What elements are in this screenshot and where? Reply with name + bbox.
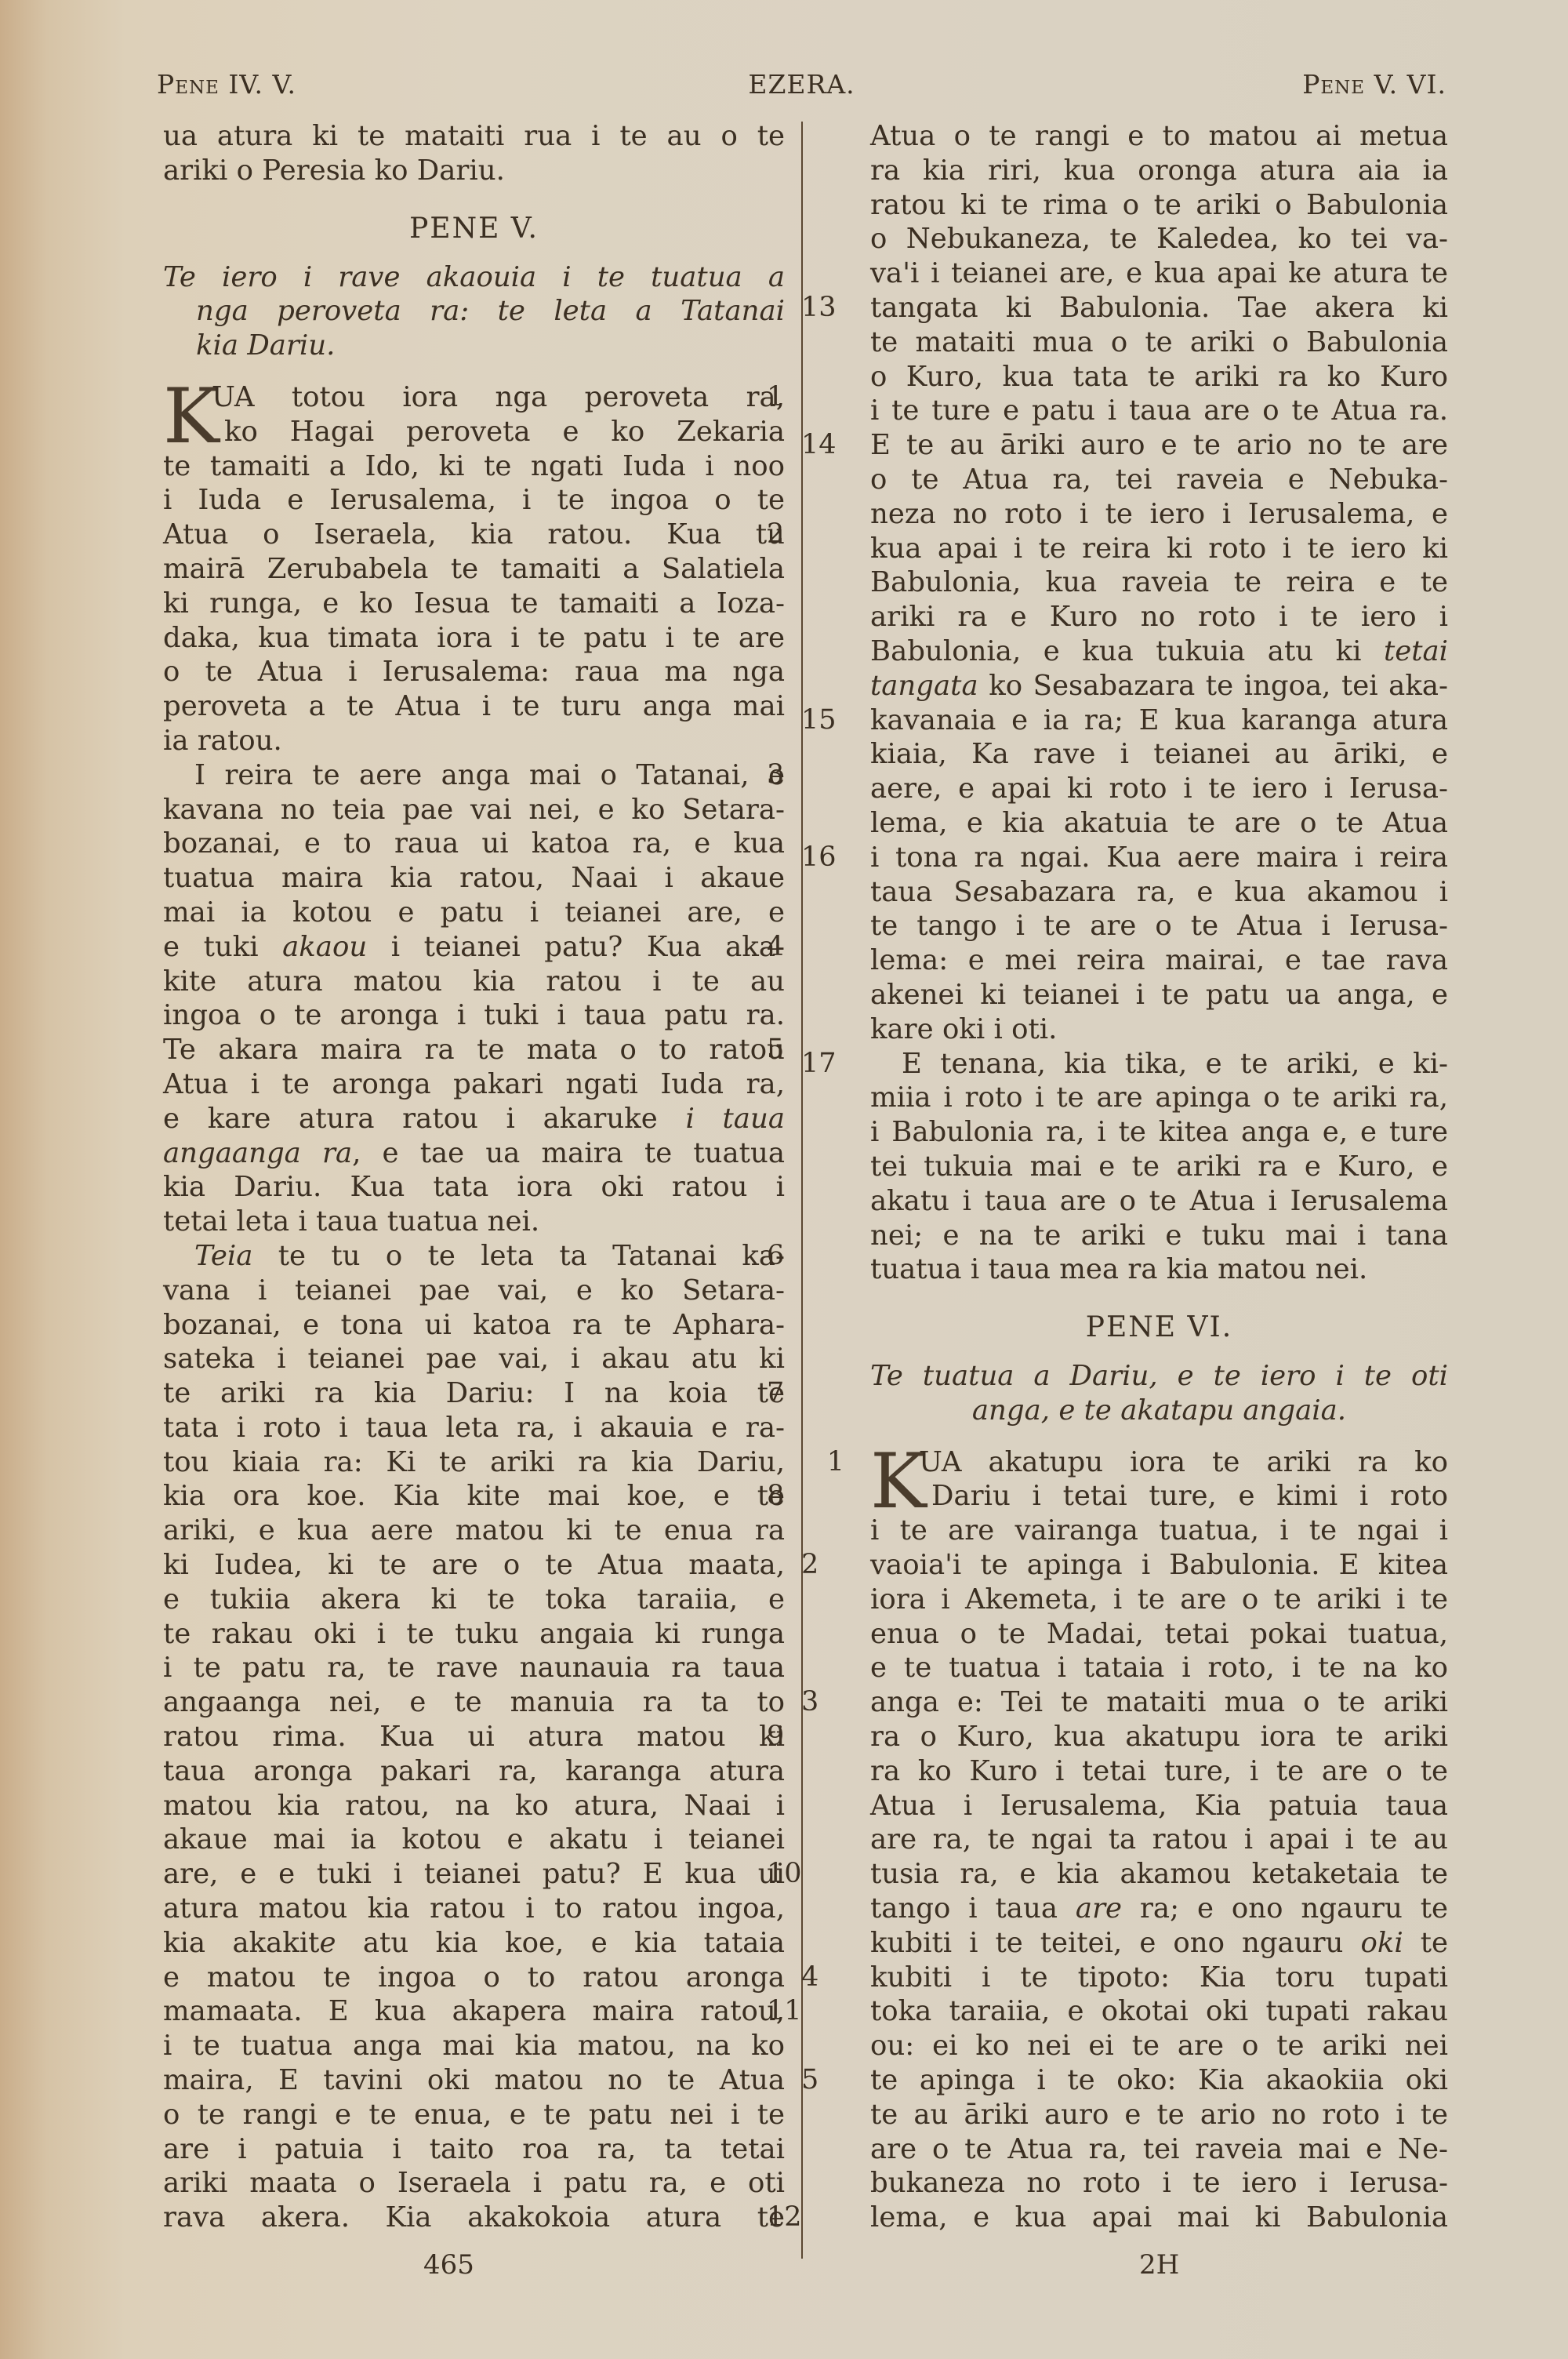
line-text: ia ratou.	[163, 725, 282, 757]
text-line: E tenana, kia tika, e te ariki, e ki-17	[870, 1047, 1448, 1081]
line-text: vana i teianei pae vai, e ko Setara-	[163, 1274, 785, 1307]
line-text: o te Atua i Ierusalema: raua ma nga	[163, 656, 785, 688]
line-text: i tona ra ngai. Kua aere maira i reira	[870, 841, 1448, 874]
line-text: miia i roto i te are apinga o te ariki r…	[870, 1081, 1448, 1114]
line-text: UA totou iora nga peroveta ra,	[212, 381, 785, 413]
text-line: lema, e kua apai mai ki Babulonia	[870, 2201, 1448, 2235]
line-text: kubiti i te teitei, e ono ngauru oki te	[870, 1927, 1448, 1959]
verse-number: 1	[767, 380, 798, 415]
line-text: Atua o Iseraela, kia ratou. Kua tu	[163, 518, 785, 551]
text-line: miia i roto i te are apinga o te ariki r…	[870, 1081, 1448, 1115]
line-text: e tukiia akera ki te toka taraiia, e	[163, 1583, 785, 1616]
verse-number: 5	[767, 1033, 798, 1067]
line-text: UA akatupu iora te ariki ra ko	[919, 1446, 1448, 1478]
chapter-summary: Te iero i rave akaouia i te tuatua a nga…	[163, 260, 785, 363]
line-text: o te rangi e te enua, e te patu nei i te	[163, 2099, 785, 2131]
verse-number: 17	[801, 1047, 844, 1081]
text-line: E te au āriki auro e te ario no te are14	[870, 428, 1448, 463]
text-line: o te Atua ra, tei raveia e Nebuka-	[870, 463, 1448, 497]
line-text: iora i Akemeta, i te are o te ariki i te	[870, 1583, 1448, 1616]
line-text: are ra, te ngai ta ratou i apai i te au	[870, 1823, 1448, 1856]
verse-number: 4	[801, 1961, 844, 1995]
line-text: E te au āriki auro e te ario no te are	[870, 429, 1448, 461]
line-text: ingoa o te aronga i tuki i taua patu ra.	[163, 999, 785, 1031]
text-line: tangata ko Sesabazara te ingoa, tei aka-	[870, 669, 1448, 703]
summary-line: Te tuatua a Dariu, e te iero i te oti	[870, 1359, 1448, 1394]
line-text: te tamaiti a Ido, ki te ngati Iuda i noo	[163, 450, 785, 482]
text-line: kia akakite atu kia koe, e kia tataia	[163, 1926, 785, 1961]
line-text: Dariu i tetai ture, e kimi i roto	[931, 1480, 1448, 1512]
text-line: te mataiti mua o te ariki o Babulonia	[870, 325, 1448, 360]
text-line: ingoa o te aronga i tuki i taua patu ra.	[163, 998, 785, 1033]
line-text: vaoia'i te apinga i Babulonia. E kitea	[870, 1549, 1448, 1581]
text-line: Babulonia, kua raveia te reira e te	[870, 565, 1448, 600]
verse-number: 11	[767, 1994, 798, 2029]
line-text: lema: e mei reira mairai, e tae rava	[870, 944, 1448, 976]
line-text: kare oki i oti.	[870, 1013, 1057, 1045]
line-text: matou kia ratou, na ko atura, Naai i	[163, 1790, 785, 1822]
text-line: iora i Akemeta, i te are o te ariki i te	[870, 1583, 1448, 1617]
line-text: ou: ei ko nei ei te are o te ariki nei	[870, 2030, 1448, 2062]
line-text: akenei ki teianei i te patu ua anga, e	[870, 979, 1448, 1011]
line-text: va'i i teianei are, e kua apai ke atura …	[870, 257, 1448, 289]
line-text: lema, e kia akatuia te are o te Atua	[870, 807, 1448, 839]
text-line: matou kia ratou, na ko atura, Naai i	[163, 1789, 785, 1823]
verse-number: 16	[801, 841, 844, 875]
verse-number: 15	[801, 703, 844, 738]
text-line: kubiti i te teitei, e ono ngauru oki te	[870, 1926, 1448, 1961]
text-line: o te Atua i Ierusalema: raua ma nga	[163, 655, 785, 689]
left-column: ua atura ki te mataiti rua i te au o te …	[163, 119, 785, 2235]
line-text: tuatua i taua mea ra kia matou nei.	[870, 1253, 1367, 1285]
line-text: ki Iudea, ki te are o te Atua maata,	[163, 1549, 785, 1581]
running-head-book-title: EZERA.	[157, 69, 1446, 100]
text-line: akenei ki teianei i te patu ua anga, e	[870, 978, 1448, 1012]
text-line: ou: ei ko nei ei te are o te ariki nei	[870, 2029, 1448, 2063]
text-line: te tamaiti a Ido, ki te ngati Iuda i noo	[163, 449, 785, 484]
text-line: te apinga i te oko: Kia akaokiia oki5	[870, 2063, 1448, 2098]
summary-line: Te iero i rave akaouia i te tuatua a	[163, 260, 785, 295]
line-text: Te akara maira ra te mata o to ratou	[163, 1034, 785, 1066]
text-line: sateka i teianei pae vai, i akau atu ki	[163, 1342, 785, 1376]
verse-number: 1	[801, 1445, 844, 1480]
line-text: kua apai i te reira ki roto i te iero ki	[870, 533, 1448, 565]
text-line: are o te Atua ra, tei raveia mai e Ne-	[870, 2132, 1448, 2167]
line-text: peroveta a te Atua i te turu anga mai	[163, 690, 785, 722]
line-text: i te ture e patu i taua are o te Atua ra…	[870, 394, 1448, 427]
line-text: kiaia, Ka rave i teianei au āriki, e	[870, 738, 1448, 770]
text-line: are ra, te ngai ta ratou i apai i te au	[870, 1823, 1448, 1857]
text-line: bozanai, e tona ui katoa ra te Aphara-	[163, 1308, 785, 1343]
line-text: kite atura matou kia ratou i te au	[163, 965, 785, 998]
text-line: tuatua maira kia ratou, Naai i akaue	[163, 861, 785, 896]
line-text: ra ko Kuro i tetai ture, i te are o te	[870, 1755, 1448, 1787]
verse-number: 4	[767, 930, 798, 965]
text-line: ariki, e kua aere matou ki te enua ra	[163, 1514, 785, 1548]
text-line: Atua i Ierusalema, Kia patuia taua	[870, 1789, 1448, 1823]
text-line: bozanai, e to raua ui katoa ra, e kua	[163, 827, 785, 861]
text-line: kia Dariu. Kua tata iora oki ratou i	[163, 1170, 785, 1205]
text-line: kubiti i te tipoto: Kia toru tupati4	[870, 1961, 1448, 1995]
text-line: Teia te tu o te leta ta Tatanai ka-6	[163, 1239, 785, 1274]
text-line: vana i teianei pae vai, e ko Setara-	[163, 1274, 785, 1308]
verse-number: 7	[767, 1376, 798, 1411]
line-text: te ariki ra kia Dariu: I na koia te	[163, 1377, 785, 1409]
line-text: are, e e tuki i teianei patu? E kua ui	[163, 1858, 785, 1890]
text-line: toka taraiia, e okotai oki tupati rakau	[870, 1994, 1448, 2029]
text-line: tata i roto i taua leta ra, i akauia e r…	[163, 1411, 785, 1445]
running-head-right: Pene V. VI.	[1302, 69, 1446, 100]
line-text: Babulonia, kua raveia te reira e te	[870, 566, 1448, 598]
chapter-body-continued: Atua o te rangi e to matou ai metuara ki…	[870, 119, 1448, 1287]
italic-word: e	[319, 1927, 336, 1959]
italic-word: are	[1076, 1892, 1122, 1925]
line-text: I reira te aere anga mai o Tatanai, e	[194, 759, 785, 791]
text-line: ra o Kuro, kua akatupu iora te ariki	[870, 1720, 1448, 1754]
text-line: ra ko Kuro i tetai ture, i te are o te	[870, 1754, 1448, 1789]
text-line: ki Iudea, ki te are o te Atua maata,	[163, 1548, 785, 1583]
text-line: mai ia kotou e patu i teianei are, e	[163, 896, 785, 930]
text-line: kare oki i oti.	[870, 1012, 1448, 1047]
line-text: rava akera. Kia akakokoia atura te	[163, 2201, 785, 2234]
text-line: mairā Zerubabela te tamaiti a Salatiela	[163, 552, 785, 587]
text-line: o Nebukaneza, te Kaledea, ko tei va-	[870, 222, 1448, 256]
line-text: ra o Kuro, kua akatupu iora te ariki	[870, 1721, 1448, 1753]
text-line: kavana no teia pae vai nei, e ko Setara-	[163, 793, 785, 827]
text-line: angaanga nei, e te manuia ra ta to	[163, 1685, 785, 1720]
text-line: Babulonia, e kua tukuia atu ki tetai	[870, 634, 1448, 669]
line-text: toka taraiia, e okotai oki tupati rakau	[870, 1995, 1448, 2027]
line-text: kia Dariu. Kua tata iora oki ratou i	[163, 1171, 785, 1203]
verse-number: 2	[801, 1548, 844, 1583]
chapter-title: PENE VI.	[870, 1296, 1448, 1359]
line-text: bukaneza no roto i te iero i Ierusa-	[870, 2167, 1448, 2199]
line-text: i Iuda e Ierusalema, i te ingoa o te	[163, 484, 785, 516]
text-line: taua Sesabazara ra, e kua akamou i	[870, 875, 1448, 910]
text-line: tou kiaia ra: Ki te ariki ra kia Dariu,	[163, 1445, 785, 1480]
chapter-body: K UA totou iora nga peroveta ra,1ko Haga…	[163, 380, 785, 2235]
line-text: o te Atua ra, tei raveia e Nebuka-	[870, 463, 1448, 496]
line-text: daka, kua timata iora i te patu i te are	[163, 622, 785, 654]
line-text: nei; e na te ariki e tuku mai i tana	[870, 1219, 1448, 1252]
running-head: Pene IV. V. EZERA. Pene V. VI.	[157, 69, 1446, 108]
line-text: aere, e apai ki roto i te iero i Ierusa-	[870, 772, 1448, 805]
text-line: lema: e mei reira mairai, e tae rava	[870, 943, 1448, 978]
text-line: akatu i taua are o te Atua i Ierusalema	[870, 1184, 1448, 1219]
text-line: vaoia'i te apinga i Babulonia. E kitea2	[870, 1548, 1448, 1583]
line-text: ratou rima. Kua ui atura matou ki	[163, 1721, 785, 1753]
text-line: va'i i teianei are, e kua apai ke atura …	[870, 256, 1448, 291]
verse-number: 14	[801, 428, 844, 463]
line-text: o Nebukaneza, te Kaledea, ko tei va-	[870, 223, 1448, 255]
text-line: ariki o Peresia ko Dariu.	[163, 154, 785, 188]
text-line: UA akatupu iora te ariki ra ko	[870, 1445, 1448, 1480]
line-text: te au āriki auro e te ario no roto i te	[870, 2099, 1448, 2131]
text-line: tuatua i taua mea ra kia matou nei.	[870, 1252, 1448, 1287]
text-line: atura matou kia ratou i to ratou ingoa,	[163, 1892, 785, 1926]
text-line: tangata ki Babulonia. Tae akera ki13	[870, 291, 1448, 325]
summary-line: anga, e te akatapu angaia.	[870, 1394, 1448, 1428]
line-text: are i patuia i taito roa ra, ta tetai	[163, 2133, 785, 2165]
text-line: te rakau oki i te tuku angaia ki runga	[163, 1617, 785, 1652]
text-line: o te rangi e te enua, e te patu nei i te	[163, 2098, 785, 2132]
text-line: e tukiia akera ki te toka taraiia, e	[163, 1583, 785, 1617]
chapter-body: K 1 UA akatupu iora te ariki ra koDariu …	[870, 1445, 1448, 2235]
text-line: ratou rima. Kua ui atura matou ki9	[163, 1720, 785, 1754]
line-text: kubiti i te tipoto: Kia toru tupati	[870, 1961, 1448, 1994]
text-line: ariki ra e Kuro no roto i te iero i	[870, 600, 1448, 634]
text-line: are i patuia i taito roa ra, ta tetai	[163, 2132, 785, 2167]
line-text: lema, e kua apai mai ki Babulonia	[870, 2201, 1448, 2234]
verse-number: 8	[767, 1479, 798, 1514]
line-text: bozanai, e tona ui katoa ra te Aphara-	[163, 1309, 785, 1341]
line-text: anga e: Tei te mataiti mua o te ariki	[870, 1686, 1448, 1718]
text-line: ko Hagai peroveta e ko Zekaria	[163, 415, 785, 449]
line-text: ariki ra e Kuro no roto i te iero i	[870, 601, 1448, 633]
line-text: i te are vairanga tuatua, i te ngai i	[870, 1514, 1448, 1547]
line-text: i te tuatua anga mai kia matou, na ko	[163, 2030, 785, 2062]
verse-number: 12	[767, 2201, 798, 2235]
line-text: tetai leta i taua tuatua nei.	[163, 1205, 539, 1238]
italic-word: oki	[1360, 1927, 1403, 1959]
line-text: i te patu ra, te rave naunauia ra taua	[163, 1652, 785, 1684]
line-text: kia ora koe. Kia kite mai koe, e te	[163, 1480, 785, 1512]
text-line: kia ora koe. Kia kite mai koe, e te8	[163, 1479, 785, 1514]
text-line: kiaia, Ka rave i teianei au āriki, e	[870, 737, 1448, 772]
line-text: e matou te ingoa o to ratou aronga	[163, 1961, 785, 1994]
text-line: tango i taua are ra; e ono ngauru te	[870, 1892, 1448, 1926]
text-line: ua atura ki te mataiti rua i te au o te	[163, 119, 785, 154]
line-text: enua o te Madai, tetai pokai tuatua,	[870, 1618, 1448, 1650]
text-line: mamaata. E kua akapera maira ratou,11	[163, 1994, 785, 2029]
text-line: anga e: Tei te mataiti mua o te ariki3	[870, 1685, 1448, 1720]
line-text: mai ia kotou e patu i teianei are, e	[163, 896, 785, 929]
line-text: ratou ki te rima o te ariki o Babulonia	[870, 189, 1448, 221]
line-text: tangata ko Sesabazara te ingoa, tei aka-	[870, 670, 1448, 702]
text-line: I reira te aere anga mai o Tatanai, e3	[163, 758, 785, 793]
line-text: akaue mai ia kotou e akatu i teianei	[163, 1823, 785, 1856]
text-line: e te tuatua i tataia i roto, i te na ko	[870, 1651, 1448, 1685]
italic-word: i taua	[685, 1103, 785, 1135]
text-line: UA totou iora nga peroveta ra,1	[163, 380, 785, 415]
verse-number: 13	[801, 291, 844, 325]
text-line: o Kuro, kua tata te ariki ra ko Kuro	[870, 360, 1448, 394]
line-text: Atua o te rangi e to matou ai metua	[870, 120, 1448, 152]
summary-line: nga peroveta ra: te leta a Tatanai	[163, 294, 785, 329]
line-text: neza no roto i te iero i Ierusalema, e	[870, 498, 1448, 530]
text-line: lema, e kia akatuia te are o te Atua	[870, 806, 1448, 841]
line-text: tango i taua are ra; e ono ngauru te	[870, 1892, 1448, 1925]
text-line: kite atura matou kia ratou i te au	[163, 965, 785, 999]
text-line: Atua i te aronga pakari ngati Iuda ra,	[163, 1067, 785, 1102]
text-line: ki runga, e ko Iesua te tamaiti a Ioza-	[163, 587, 785, 621]
text-line: kavanaia e ia ra; E kua karanga atura15	[870, 703, 1448, 738]
text-line: e kare atura ratou i akaruke i taua	[163, 1102, 785, 1136]
text-line: enua o te Madai, tetai pokai tuatua,	[870, 1617, 1448, 1652]
text-line: aere, e apai ki roto i te iero i Ierusa-	[870, 772, 1448, 806]
line-text: atura matou kia ratou i to ratou ingoa,	[163, 1892, 785, 1925]
line-text: te mataiti mua o te ariki o Babulonia	[870, 326, 1448, 358]
line-text: i Babulonia ra, i te kitea anga e, e tur…	[870, 1116, 1448, 1148]
text-line: e matou te ingoa o to ratou aronga	[163, 1961, 785, 1995]
text-line: i te tuatua anga mai kia matou, na ko	[163, 2029, 785, 2063]
line-text: ra kia riri, kua oronga atura aia ia	[870, 154, 1448, 187]
chapter-summary: Te tuatua a Dariu, e te iero i te oti an…	[870, 1359, 1448, 1428]
line-text: tangata ki Babulonia. Tae akera ki	[870, 292, 1448, 324]
text-line: tusia ra, e kia akamou ketaketaia te	[870, 1857, 1448, 1892]
page-number: 465	[423, 2249, 474, 2281]
line-text: ariki, e kua aere matou ki te enua ra	[163, 1514, 785, 1547]
verse-number: 3	[767, 758, 798, 793]
text-line: Dariu i tetai ture, e kimi i roto	[870, 1479, 1448, 1514]
summary-line: kia Dariu.	[163, 329, 785, 363]
verse-number: 9	[767, 1720, 798, 1754]
line-text: ko Hagai peroveta e ko Zekaria	[224, 416, 785, 448]
italic-word: e	[973, 876, 989, 908]
text-line: neza no roto i te iero i Ierusalema, e	[870, 497, 1448, 532]
text-line: i te ture e patu i taua are o te Atua ra…	[870, 394, 1448, 428]
verse-number: 5	[801, 2063, 844, 2098]
text-line: te au āriki auro e te ario no roto i te	[870, 2098, 1448, 2132]
line-text: angaanga nei, e te manuia ra ta to	[163, 1686, 785, 1718]
verse-number: 6	[767, 1239, 798, 1274]
text-line: i te patu ra, te rave naunauia ra taua	[163, 1651, 785, 1685]
chapter-title: PENE V.	[163, 198, 785, 260]
italic-word: tangata	[870, 670, 978, 702]
line-text: bozanai, e to raua ui katoa ra, e kua	[163, 827, 785, 860]
text-line: tetai leta i taua tuatua nei.	[163, 1205, 785, 1239]
italic-word: Teia	[194, 1240, 252, 1272]
line-text: tei tukuia mai e te ariki ra e Kuro, e	[870, 1150, 1448, 1183]
line-text: kia akakite atu kia koe, e kia tataia	[163, 1927, 785, 1959]
line-text: tuatua maira kia ratou, Naai i akaue	[163, 862, 785, 894]
book-page: Pene IV. V. EZERA. Pene V. VI. ua atura …	[0, 0, 1568, 2359]
text-line: ra kia riri, kua oronga atura aia ia	[870, 154, 1448, 188]
line-text: Atua i Ierusalema, Kia patuia taua	[870, 1790, 1448, 1822]
text-line: maira, E tavini oki matou no te Atua	[163, 2063, 785, 2098]
italic-word: tetai	[1384, 635, 1448, 667]
text-line: are, e e tuki i teianei patu? E kua ui10	[163, 1857, 785, 1892]
line-text: kavana no teia pae vai nei, e ko Setara-	[163, 794, 785, 826]
line-text: e te tuatua i tataia i roto, i te na ko	[870, 1652, 1448, 1684]
line-text: Atua i te aronga pakari ngati Iuda ra,	[163, 1068, 785, 1100]
line-text: maira, E tavini oki matou no te Atua	[163, 2064, 785, 2096]
verse-number: 2	[767, 518, 798, 552]
text-line: kua apai i te reira ki roto i te iero ki	[870, 532, 1448, 566]
text-line: te tango i te are o te Atua i Ierusa-	[870, 909, 1448, 943]
text-line: te ariki ra kia Dariu: I na koia te7	[163, 1376, 785, 1411]
italic-word: angaanga ra	[163, 1137, 352, 1169]
text-line: Atua o Iseraela, kia ratou. Kua tu2	[163, 518, 785, 552]
line-text: Babulonia, e kua tukuia atu ki tetai	[870, 635, 1448, 667]
text-line: angaanga ra, e tae ua maira te tuatua	[163, 1136, 785, 1171]
text-line: nei; e na te ariki e tuku mai i tana	[870, 1219, 1448, 1253]
line-text: e tuki akaou i teianei patu? Kua aka-	[163, 931, 785, 963]
line-text: taua Sesabazara ra, e kua akamou i	[870, 876, 1448, 908]
line-text: ariki maata o Iseraela i patu ra, e oti	[163, 2167, 785, 2199]
text-line: rava akera. Kia akakokoia atura te12	[163, 2201, 785, 2235]
line-text: kavanaia e ia ra; E kua karanga atura	[870, 704, 1448, 736]
line-text: e kare atura ratou i akaruke i taua	[163, 1103, 785, 1135]
right-column: Atua o te rangi e to matou ai metuara ki…	[870, 119, 1448, 2235]
text-line: bukaneza no roto i te iero i Ierusa-	[870, 2166, 1448, 2201]
line-text: te tango i te are o te Atua i Ierusa-	[870, 910, 1448, 942]
line-text: sateka i teianei pae vai, i akau atu ki	[163, 1343, 785, 1375]
text-line: Te akara maira ra te mata o to ratou5	[163, 1033, 785, 1067]
line-text: angaanga ra, e tae ua maira te tuatua	[163, 1137, 785, 1169]
line-text: taua aronga pakari ra, karanga atura	[163, 1755, 785, 1787]
line-text: o Kuro, kua tata te ariki ra ko Kuro	[870, 361, 1448, 393]
line-text: tou kiaia ra: Ki te ariki ra kia Dariu,	[163, 1446, 785, 1478]
text-line: Atua o te rangi e to matou ai metua	[870, 119, 1448, 154]
line-text: te apinga i te oko: Kia akaokiia oki	[870, 2064, 1448, 2096]
verse-number: 3	[801, 1685, 844, 1720]
line-text: are o te Atua ra, tei raveia mai e Ne-	[870, 2133, 1448, 2165]
line-text: ki runga, e ko Iesua te tamaiti a Ioza-	[163, 587, 785, 620]
text-line: daka, kua timata iora i te patu i te are	[163, 621, 785, 656]
line-text: tata i roto i taua leta ra, i akauia e r…	[163, 1412, 785, 1444]
text-line: e tuki akaou i teianei patu? Kua aka-4	[163, 930, 785, 965]
line-text: Teia te tu o te leta ta Tatanai ka-	[194, 1240, 785, 1272]
text-line: i tona ra ngai. Kua aere maira i reira16	[870, 841, 1448, 875]
line-text: E tenana, kia tika, e te ariki, e ki-	[902, 1048, 1448, 1080]
text-line: ratou ki te rima o te ariki o Babulonia	[870, 188, 1448, 223]
verse-number: 10	[767, 1857, 798, 1892]
line-text: mairā Zerubabela te tamaiti a Salatiela	[163, 553, 785, 585]
text-line: ariki maata o Iseraela i patu ra, e oti	[163, 2166, 785, 2201]
text-line: peroveta a te Atua i te turu anga mai	[163, 689, 785, 724]
line-text: mamaata. E kua akapera maira ratou,	[163, 1995, 785, 2027]
signature-mark: 2H	[1139, 2249, 1179, 2281]
text-line: tei tukuia mai e te ariki ra e Kuro, e	[870, 1150, 1448, 1184]
line-text: te rakau oki i te tuku angaia ki runga	[163, 1618, 785, 1650]
text-line: i Iuda e Ierusalema, i te ingoa o te	[163, 483, 785, 518]
italic-word: akaou	[282, 931, 367, 963]
text-line: akaue mai ia kotou e akatu i teianei	[163, 1823, 785, 1857]
text-line: ia ratou.	[163, 724, 785, 758]
text-line: i te are vairanga tuatua, i te ngai i	[870, 1514, 1448, 1548]
line-text: tusia ra, e kia akamou ketaketaia te	[870, 1858, 1448, 1890]
text-line: i Babulonia ra, i te kitea anga e, e tur…	[870, 1115, 1448, 1150]
line-text: akatu i taua are o te Atua i Ierusalema	[870, 1185, 1448, 1217]
text-line: taua aronga pakari ra, karanga atura	[163, 1754, 785, 1789]
